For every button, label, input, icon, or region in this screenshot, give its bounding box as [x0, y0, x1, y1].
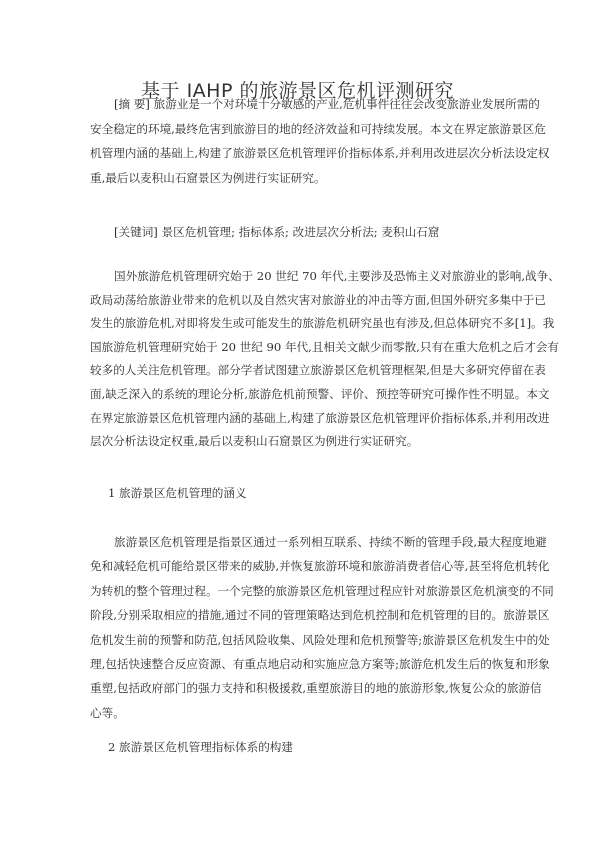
section-1-heading: 1 旅游景区危机管理的涵义: [108, 485, 247, 501]
section-1-line: 为转机的整个管理过程。一个完整的旅游景区危机管理过程应针对旅游景区危机演变的不同: [90, 579, 512, 603]
intro-line: 在界定旅游景区危机管理内涵的基础上,构建了旅游景区危机管理评价指标体系,并利用改…: [90, 407, 512, 431]
section-1-line: 免和减轻危机可能给景区带来的威胁,并恢复旅游环境和旅游消费者信心等,甚至将危机转…: [90, 554, 512, 578]
intro-line: 发生的旅游危机,对即将发生或可能发生的旅游危机研究虽也有涉及,但总体研究不多[1…: [90, 312, 512, 336]
section-1-line: 阶段,分别采取相应的措施,通过不同的管理策略达到危机控制和危机管理的目的。旅游景…: [90, 603, 512, 627]
abstract-line: 安全稳定的环境,最终危害到旅游目的地的经济效益和可持续发展。本文在界定旅游景区危: [90, 117, 512, 142]
keywords-line: [关键词] 景区危机管理; 指标体系; 改进层次分析法; 麦积山石窟: [90, 220, 512, 245]
abstract-text: 旅游业是一个对环境十分敏感的产业,危机事件往往会改变旅游业发展所需的: [154, 97, 540, 111]
section-1-line: 危机发生前的预警和防范,包括风险收集、风险处理和危机预警等;旅游景区危机发生中的…: [90, 628, 512, 652]
keywords-text: 景区危机管理; 指标体系; 改进层次分析法; 麦积山石窟: [162, 225, 440, 239]
section-2-heading: 2 旅游景区危机管理指标体系的构建: [108, 739, 293, 755]
keywords: [关键词] 景区危机管理; 指标体系; 改进层次分析法; 麦积山石窟: [90, 220, 512, 245]
section-1-line: 理,包括快速整合反应资源、有重点地启动和实施应急方案等;旅游危机发生后的恢复和形…: [90, 652, 512, 676]
keywords-label: [关键词]: [114, 225, 158, 239]
section-1-line: 重塑,包括政府部门的强力支持和积极援救,重塑旅游目的地的旅游形象,恢复公众的旅游…: [90, 676, 512, 700]
intro-paragraph: 国外旅游危机管理研究始于 20 世纪 70 年代,主要涉及恐怖主义对旅游业的影响…: [90, 265, 512, 454]
intro-line: 面,缺乏深入的系统的理论分析,旅游危机前预警、评价、预控等研究可操作性不明显。本…: [90, 383, 512, 407]
intro-line: 国外旅游危机管理研究始于 20 世纪 70 年代,主要涉及恐怖主义对旅游业的影响…: [90, 265, 512, 289]
intro-line: 国旅游危机管理研究始于 20 世纪 90 年代,且相关文献少而零散,只有在重大危…: [90, 336, 512, 360]
abstract-label: [摘 要]: [114, 97, 150, 111]
intro-line: 较多的人关注危机管理。部分学者试图建立旅游景区危机管理框架,但是大多研究停留在表: [90, 359, 512, 383]
section-1-line: 旅游景区危机管理是指景区通过一系列相互联系、持续不断的管理手段,最大程度地避: [90, 530, 512, 554]
abstract-line: 重,最后以麦积山石窟景区为例进行实证研究。: [90, 166, 512, 191]
section-1-line: 心等。: [90, 701, 512, 725]
document-page: 基于 IAHP 的旅游景区危机评测研究 [摘 要] 旅游业是一个对环境十分敏感的…: [0, 0, 595, 842]
intro-line: 层次分析法设定权重,最后以麦积山石窟景区为例进行实证研究。: [90, 430, 512, 454]
abstract: [摘 要] 旅游业是一个对环境十分敏感的产业,危机事件往往会改变旅游业发展所需的…: [90, 92, 512, 190]
abstract-line: [摘 要] 旅游业是一个对环境十分敏感的产业,危机事件往往会改变旅游业发展所需的: [90, 92, 512, 117]
abstract-line: 机管理内涵的基础上,构建了旅游景区危机管理评价指标体系,并利用改进层次分析法设定…: [90, 141, 512, 166]
section-1-paragraph: 旅游景区危机管理是指景区通过一系列相互联系、持续不断的管理手段,最大程度地避 免…: [90, 530, 512, 725]
intro-line: 政局动荡给旅游业带来的危机以及自然灾害对旅游业的冲击等方面,但国外研究多集中于已: [90, 289, 512, 313]
